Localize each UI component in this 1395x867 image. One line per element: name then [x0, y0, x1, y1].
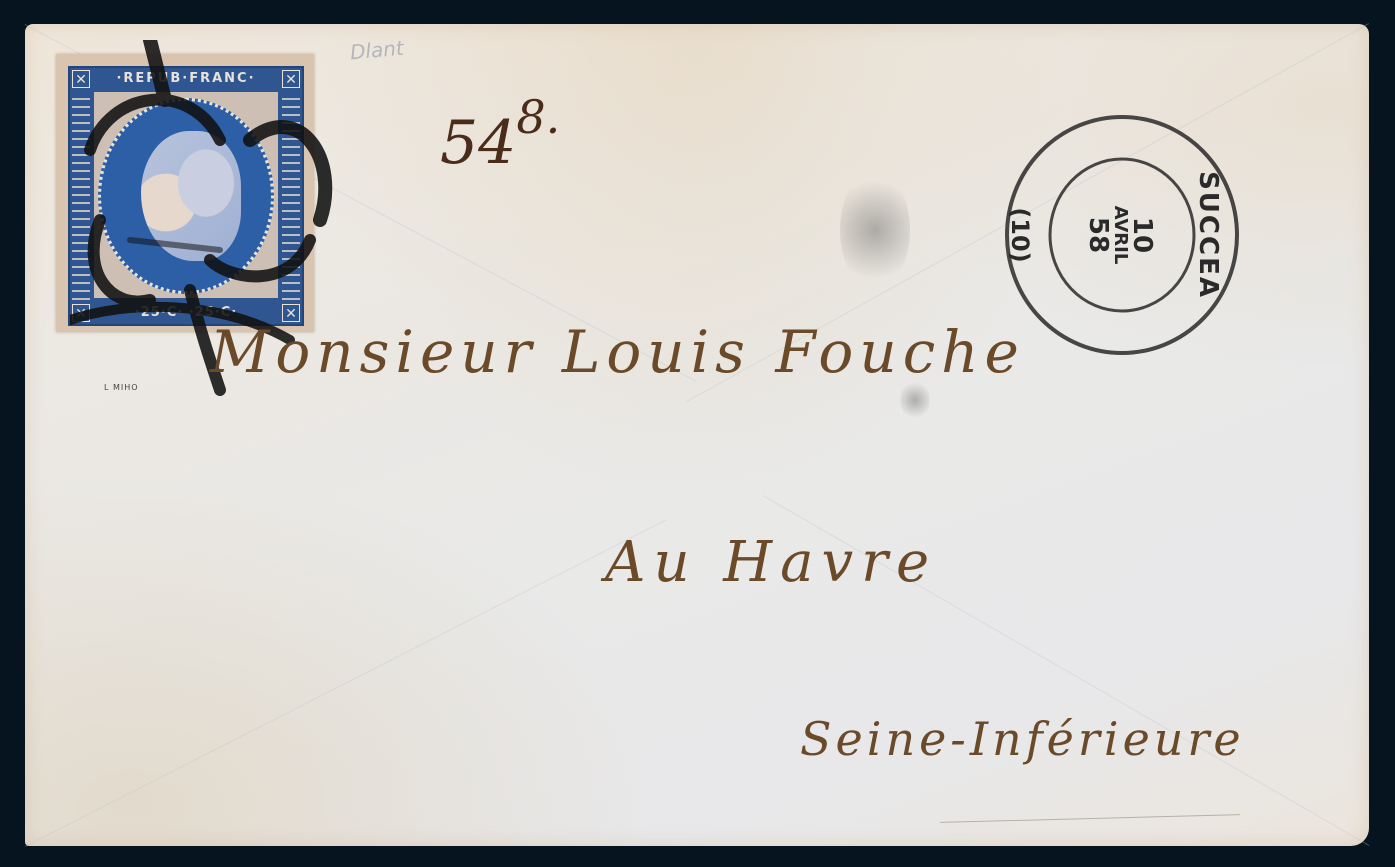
flap-fold: [25, 519, 667, 847]
ink-smudge: [840, 170, 910, 290]
stamp-corner-icon: ✕: [72, 304, 90, 322]
postmark-text: SUCCEA (10) 10 AVRIL 58: [1000, 110, 1240, 360]
stamp-greek-border: [72, 92, 90, 300]
address-line-3: Seine-Inférieure: [800, 712, 1245, 766]
postmark-day: 10: [1129, 217, 1155, 253]
postage-stamp: ✕ ✕ ✕ ✕ ·REPUB·FRANC· ·25·C· ·25·C·: [56, 54, 314, 332]
pencil-note: Dlant: [349, 36, 405, 65]
stamp-frame: ✕ ✕ ✕ ✕ ·REPUB·FRANC· ·25·C· ·25·C·: [68, 66, 304, 326]
address-line-1: Monsieur Louis Fouche: [210, 318, 1025, 386]
stamp-corner-icon: ✕: [282, 70, 300, 88]
stamp-center: [94, 92, 278, 298]
postmark-year: 58: [1085, 217, 1111, 253]
ceres-head-icon: [141, 131, 241, 261]
stamp-medallion: [98, 98, 274, 294]
postmark-date: 10 AVRIL 58: [1075, 170, 1165, 300]
expert-mark: L MIHO: [104, 383, 139, 392]
stamp-greek-border: [282, 92, 300, 300]
postmark-dept: (10): [990, 205, 1050, 265]
address-line-2: Au Havre: [605, 530, 937, 595]
reference-number: 548.: [440, 90, 560, 178]
ink-smudge: [900, 380, 930, 420]
postmark-month: AVRIL: [1111, 206, 1129, 265]
stamp-top-text: ·REPUB·FRANC·: [94, 70, 278, 88]
stamp-corner-icon: ✕: [72, 70, 90, 88]
